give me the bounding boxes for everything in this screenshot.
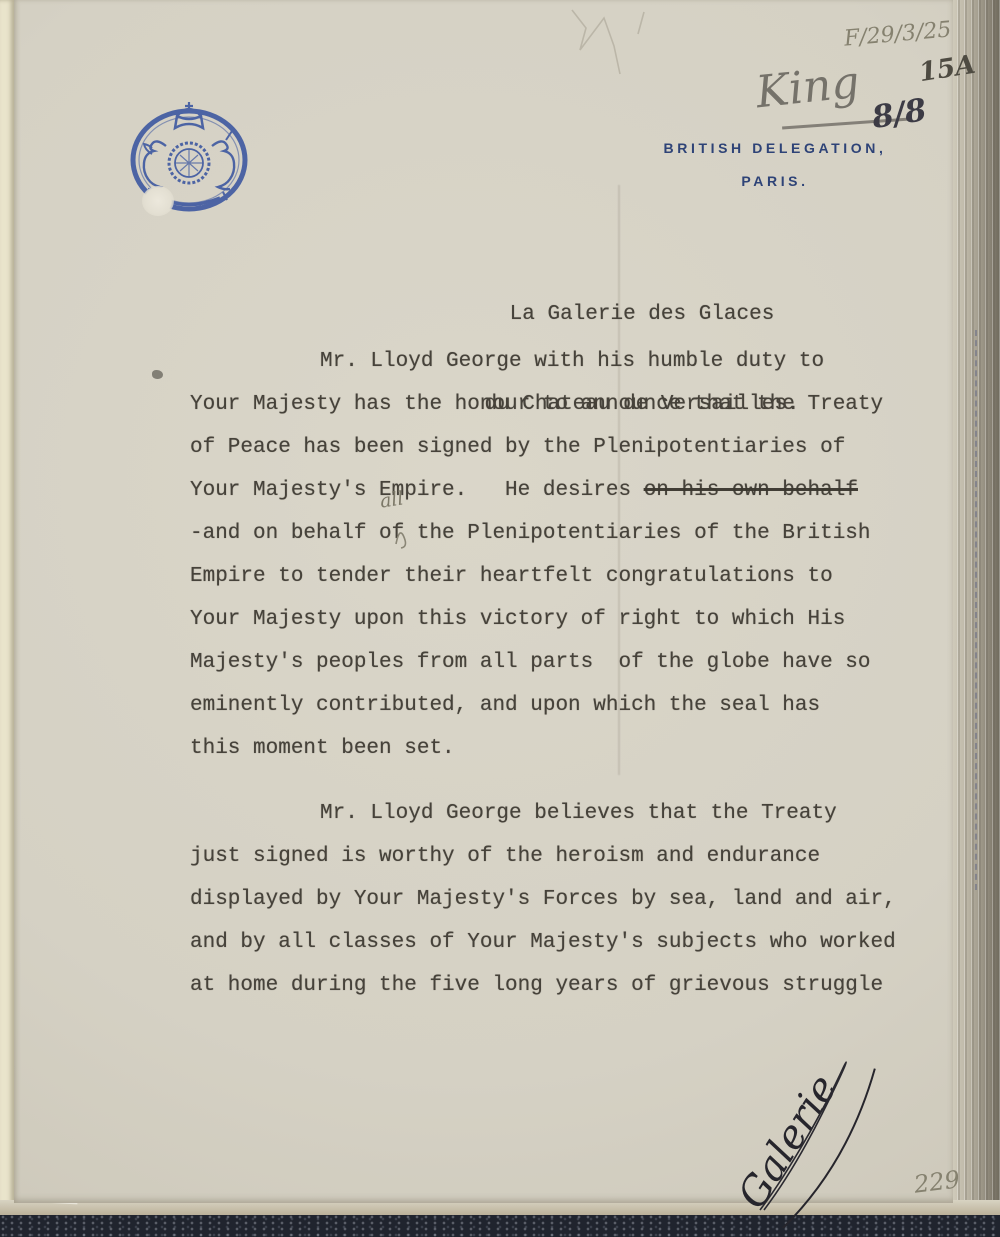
typewriter-line: at home during the five long years of gr…	[190, 964, 930, 1007]
address-line-1: La Galerie des Glaces	[462, 300, 822, 330]
typewriter-text: of Peace has been signed by the Plenipot…	[190, 436, 845, 459]
typewriter-line: -and on behalf of the Plenipotentiaries …	[190, 512, 930, 555]
typewriter-line: Mr. Lloyd George believes that the Treat…	[190, 792, 930, 835]
typewriter-text: eminently contributed, and upon which th…	[190, 694, 820, 717]
typewriter-line: displayed by Your Majesty's Forces by se…	[190, 878, 930, 921]
typewriter-text: Majesty's peoples from all parts of the …	[190, 651, 871, 674]
typewriter-line: Empire to tender their heartfelt congrat…	[190, 555, 930, 598]
letterhead-delegation: BRITISH DELEGATION,	[650, 140, 900, 156]
date-fraction-annotation: 8/8	[870, 92, 929, 136]
typewriter-line: Majesty's peoples from all parts of the …	[190, 641, 930, 684]
typewriter-line: eminently contributed, and upon which th…	[190, 684, 930, 727]
typewriter-line: this moment been set.	[190, 727, 930, 770]
paper-crease-top	[534, 8, 674, 78]
signature-text: Galerie	[729, 1067, 846, 1217]
typewriter-line: Your Majesty upon this victory of right …	[190, 598, 930, 641]
struck-text: on his own behalf	[644, 479, 858, 502]
typewriter-text: Your Majesty upon this victory of right …	[190, 608, 845, 631]
typewriter-line: just signed is worthy of the heroism and…	[190, 835, 930, 878]
typewriter-text: this moment been set.	[190, 737, 455, 760]
typewriter-line: Mr. Lloyd George with his humble duty to	[190, 340, 930, 383]
typewriter-text: at home during the five long years of gr…	[190, 974, 883, 997]
typewriter-line: Your Majesty's Empire. He desires on his…	[190, 469, 930, 512]
letterhead-paris: PARIS.	[650, 173, 900, 189]
ink-smudge	[152, 370, 163, 379]
typewriter-text: just signed is worthy of the heroism and…	[190, 845, 820, 868]
typewriter-text: Your Majesty's Empire. He desires	[190, 479, 644, 502]
underlying-page-edge-left	[0, 0, 14, 1216]
letter-body: Mr. Lloyd George with his humble duty to…	[190, 340, 930, 1007]
king-annotation: King	[754, 57, 862, 119]
typewriter-text: -and on behalf of the Plenipotentiaries …	[190, 522, 871, 545]
book-page-edges-right	[953, 0, 1000, 1216]
scanned-letter-page: BRITISH DELEGATION, PARIS. La Galerie de…	[0, 0, 1000, 1237]
page-edge-print-bleed	[975, 330, 977, 890]
typewriter-text: displayed by Your Majesty's Forces by se…	[190, 888, 896, 911]
typewriter-text: and by all classes of Your Majesty's sub…	[190, 931, 896, 954]
typewriter-text: Your Majesty has the honour to announce …	[190, 393, 883, 416]
letter-paper: BRITISH DELEGATION, PARIS. La Galerie de…	[14, 0, 953, 1203]
letter-para2: Mr. Lloyd George believes that the Treat…	[190, 792, 930, 1007]
paper-spot	[142, 186, 174, 216]
typewriter-line: and by all classes of Your Majesty's sub…	[190, 921, 930, 964]
typewriter-text: Empire to tender their heartfelt congrat…	[190, 565, 833, 588]
inserted-word-annotation: all	[379, 487, 405, 512]
file-reference-annotation: F/29/3/25	[843, 17, 952, 51]
letterhead: BRITISH DELEGATION, PARIS.	[650, 140, 900, 189]
typewriter-line: Your Majesty has the honour to announce …	[190, 383, 930, 426]
typewriter-line: of Peace has been signed by the Plenipot…	[190, 426, 930, 469]
typewriter-text: Mr. Lloyd George believes that the Treat…	[320, 802, 837, 825]
royal-coat-of-arms-stamp-icon	[114, 88, 264, 238]
typewriter-text: Mr. Lloyd George with his humble duty to	[320, 350, 824, 373]
letter-para1: Mr. Lloyd George with his humble duty to…	[190, 340, 930, 770]
signature-galerie: Galerie	[690, 1018, 930, 1228]
insertion-caret-mark	[392, 518, 414, 550]
